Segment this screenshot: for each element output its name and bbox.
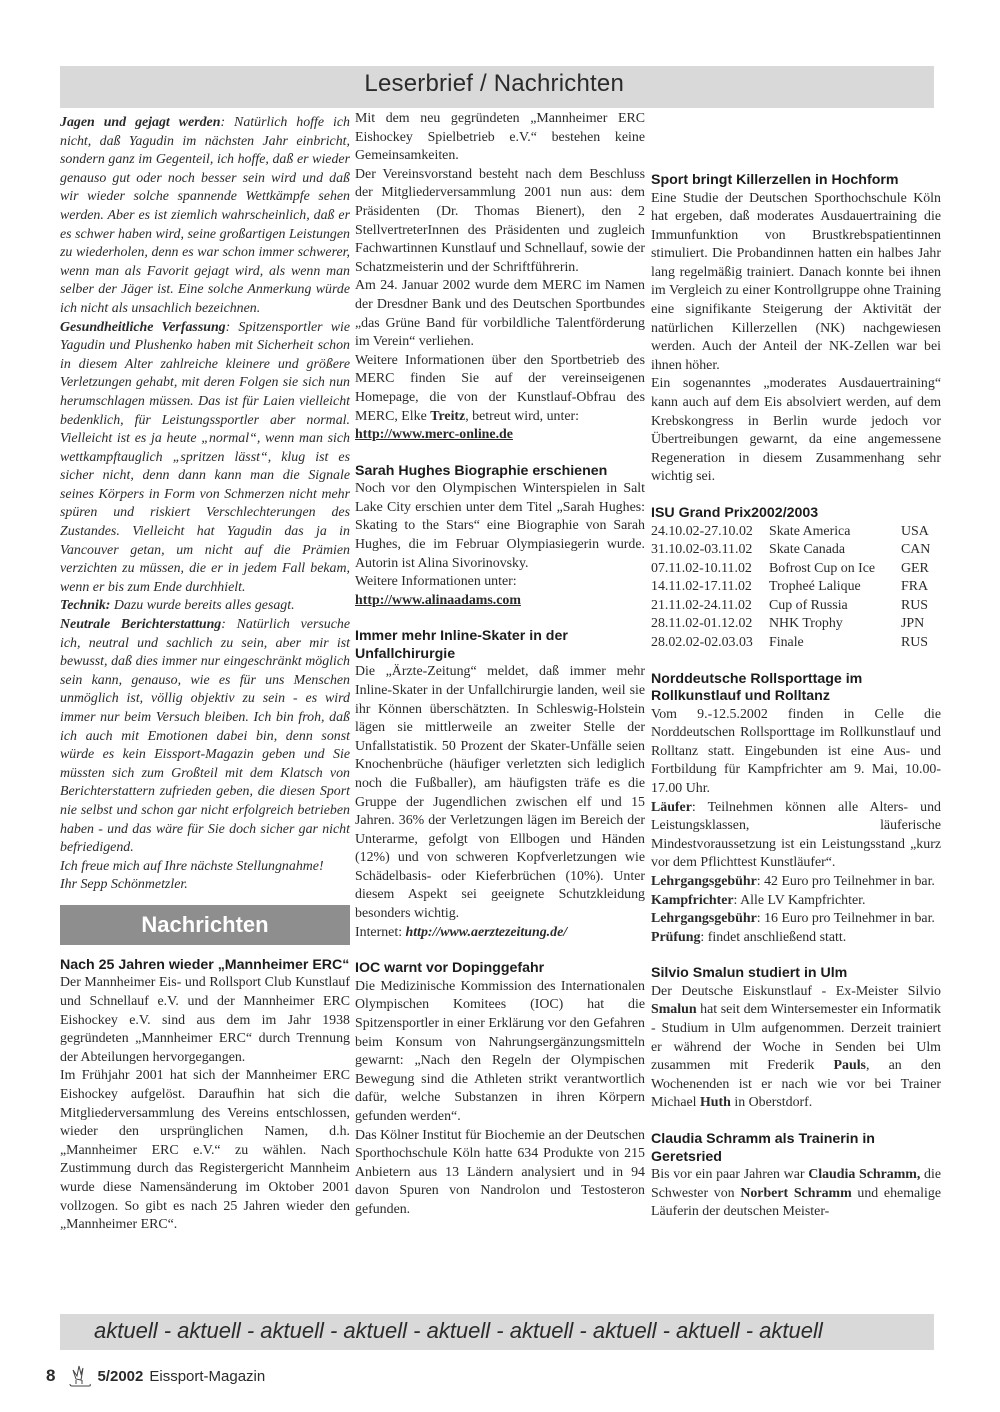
article-paragraph: Läufer: Teilnehmen können alle Alters- u…	[651, 799, 941, 873]
alinaadams-link[interactable]: http://www.alinaadams.com	[355, 593, 521, 608]
article-paragraph: Das Kölner Institut für Biochemie an der…	[355, 1127, 645, 1220]
letter-paragraph: Technik: Dazu wurde bereits alles gesagt…	[60, 597, 350, 616]
table-row: 31.10.02-03.11.02Skate CanadaCAN	[651, 541, 941, 560]
article-paragraph: Bis vor ein paar Jahren war Claudia Schr…	[651, 1166, 941, 1222]
letter-paragraph: Jagen und gejagt werden: Natürlich hoffe…	[60, 114, 350, 319]
page-footer: 8 5/2002 Eissport-Magazin	[46, 1364, 265, 1388]
article-paragraph: Im Frühjahr 2001 hat sich der Mannheimer…	[60, 1067, 350, 1234]
article-paragraph: Prüfung: findet anschließend statt.	[651, 929, 941, 948]
article-paragraph: Noch vor den Olympischen Winterspielen i…	[355, 480, 645, 573]
article-paragraph: Die Medizinische Kommission des Internat…	[355, 978, 645, 1127]
aerztezeitung-link[interactable]: http://www.aerztezeitung.de/	[406, 925, 568, 940]
letter-closing: Ich freue mich auf Ihre nächste Stellung…	[60, 858, 350, 877]
section-header-bar: Leserbrief / Nachrichten	[60, 66, 934, 108]
article-title: ISU Grand Prix2002/2003	[651, 505, 941, 523]
letter-signature: Ihr Sepp Schönmetzler.	[60, 876, 350, 895]
issue-number: 5/2002	[97, 1368, 143, 1385]
article-title: Claudia Schramm als Trainerin in Geretsr…	[651, 1131, 941, 1166]
article-paragraph: Der Deutsche Eiskunstlauf - Ex-Meister S…	[651, 983, 941, 1113]
section-title: Leserbrief / Nachrichten	[364, 70, 624, 98]
article-paragraph: Lehrgangsgebühr: 16 Euro pro Teilnehmer …	[651, 910, 941, 929]
article-title: Nach 25 Jahren wieder „Mannheimer ERC“	[60, 957, 350, 975]
article-paragraph: Der Vereinsvorstand besteht nach dem Bes…	[355, 166, 645, 278]
article-paragraph: Weitere Informationen unter:	[355, 573, 645, 592]
article-paragraph: Weitere Informationen über den Sportbetr…	[355, 352, 645, 426]
article-paragraph: Die „Ärzte-Zeitung“ meldet, daß immer me…	[355, 663, 645, 923]
article-title: Immer mehr Inline-Skater in der Unfallch…	[355, 628, 645, 663]
article-paragraph: Ein sogenanntes „moderates Ausdauertrain…	[651, 375, 941, 487]
article-paragraph: Am 24. Januar 2002 wurde dem MERC im Nam…	[355, 277, 645, 351]
grand-prix-table: 24.10.02-27.10.02Skate AmericaUSA 31.10.…	[651, 523, 941, 653]
column-1: Jagen und gejagt werden: Natürlich hoffe…	[60, 114, 350, 1235]
letter-paragraph: Gesundheitliche Verfassung: Spitzensport…	[60, 319, 350, 598]
article-title: Silvio Smalun studiert in Ulm	[651, 965, 941, 983]
table-row: 24.10.02-27.10.02Skate AmericaUSA	[651, 523, 941, 542]
skater-logo-icon	[67, 1364, 93, 1388]
article-title: Norddeutsche Rollsporttage im Rollkunstl…	[651, 671, 941, 706]
article-title: Sport bringt Killerzellen in Hochform	[651, 172, 941, 190]
article-paragraph: Internet: http://www.aerztezeitung.de/	[355, 924, 645, 943]
table-row: 21.11.02-24.11.02Cup of RussiaRUS	[651, 597, 941, 616]
table-row: 14.11.02-17.11.02Tropheé LaliqueFRA	[651, 578, 941, 597]
table-row: 28.11.02-01.12.02NHK TrophyJPN	[651, 615, 941, 634]
article-paragraph: Mit dem neu gegründeten „Mannheimer ERC …	[355, 110, 645, 166]
article-title: Sarah Hughes Biographie erschienen	[355, 463, 645, 481]
merc-link[interactable]: http://www.merc-online.de	[355, 427, 513, 442]
page-number: 8	[46, 1366, 55, 1386]
article-paragraph: Der Mannheimer Eis- und Rollsport Club K…	[60, 974, 350, 1067]
article-paragraph: Lehrgangsgebühr: 42 Euro pro Teilnehmer …	[651, 873, 941, 892]
column-3: Sport bringt Killerzellen in Hochform Ei…	[651, 116, 941, 1222]
table-row: 07.11.02-10.11.02Bofrost Cup on IceGER	[651, 560, 941, 579]
article-paragraph: Vom 9.-12.5.2002 finden in Celle die Nor…	[651, 706, 941, 799]
aktuell-banner: aktuell - aktuell - aktuell - aktuell - …	[60, 1314, 934, 1350]
magazine-name: Eissport-Magazin	[149, 1368, 265, 1385]
article-title: IOC warnt vor Dopinggefahr	[355, 960, 645, 978]
news-banner: Nachrichten	[60, 905, 350, 945]
table-row: 28.02.02-02.03.03FinaleRUS	[651, 634, 941, 653]
column-2: Mit dem neu gegründeten „Mannheimer ERC …	[355, 110, 645, 1219]
article-paragraph: Kampfrichter: Alle LV Kampfrichter.	[651, 892, 941, 911]
article-paragraph: Eine Studie der Deutschen Sporthochschul…	[651, 190, 941, 376]
letter-paragraph: Neutrale Berichterstattung: Natürlich ve…	[60, 616, 350, 858]
